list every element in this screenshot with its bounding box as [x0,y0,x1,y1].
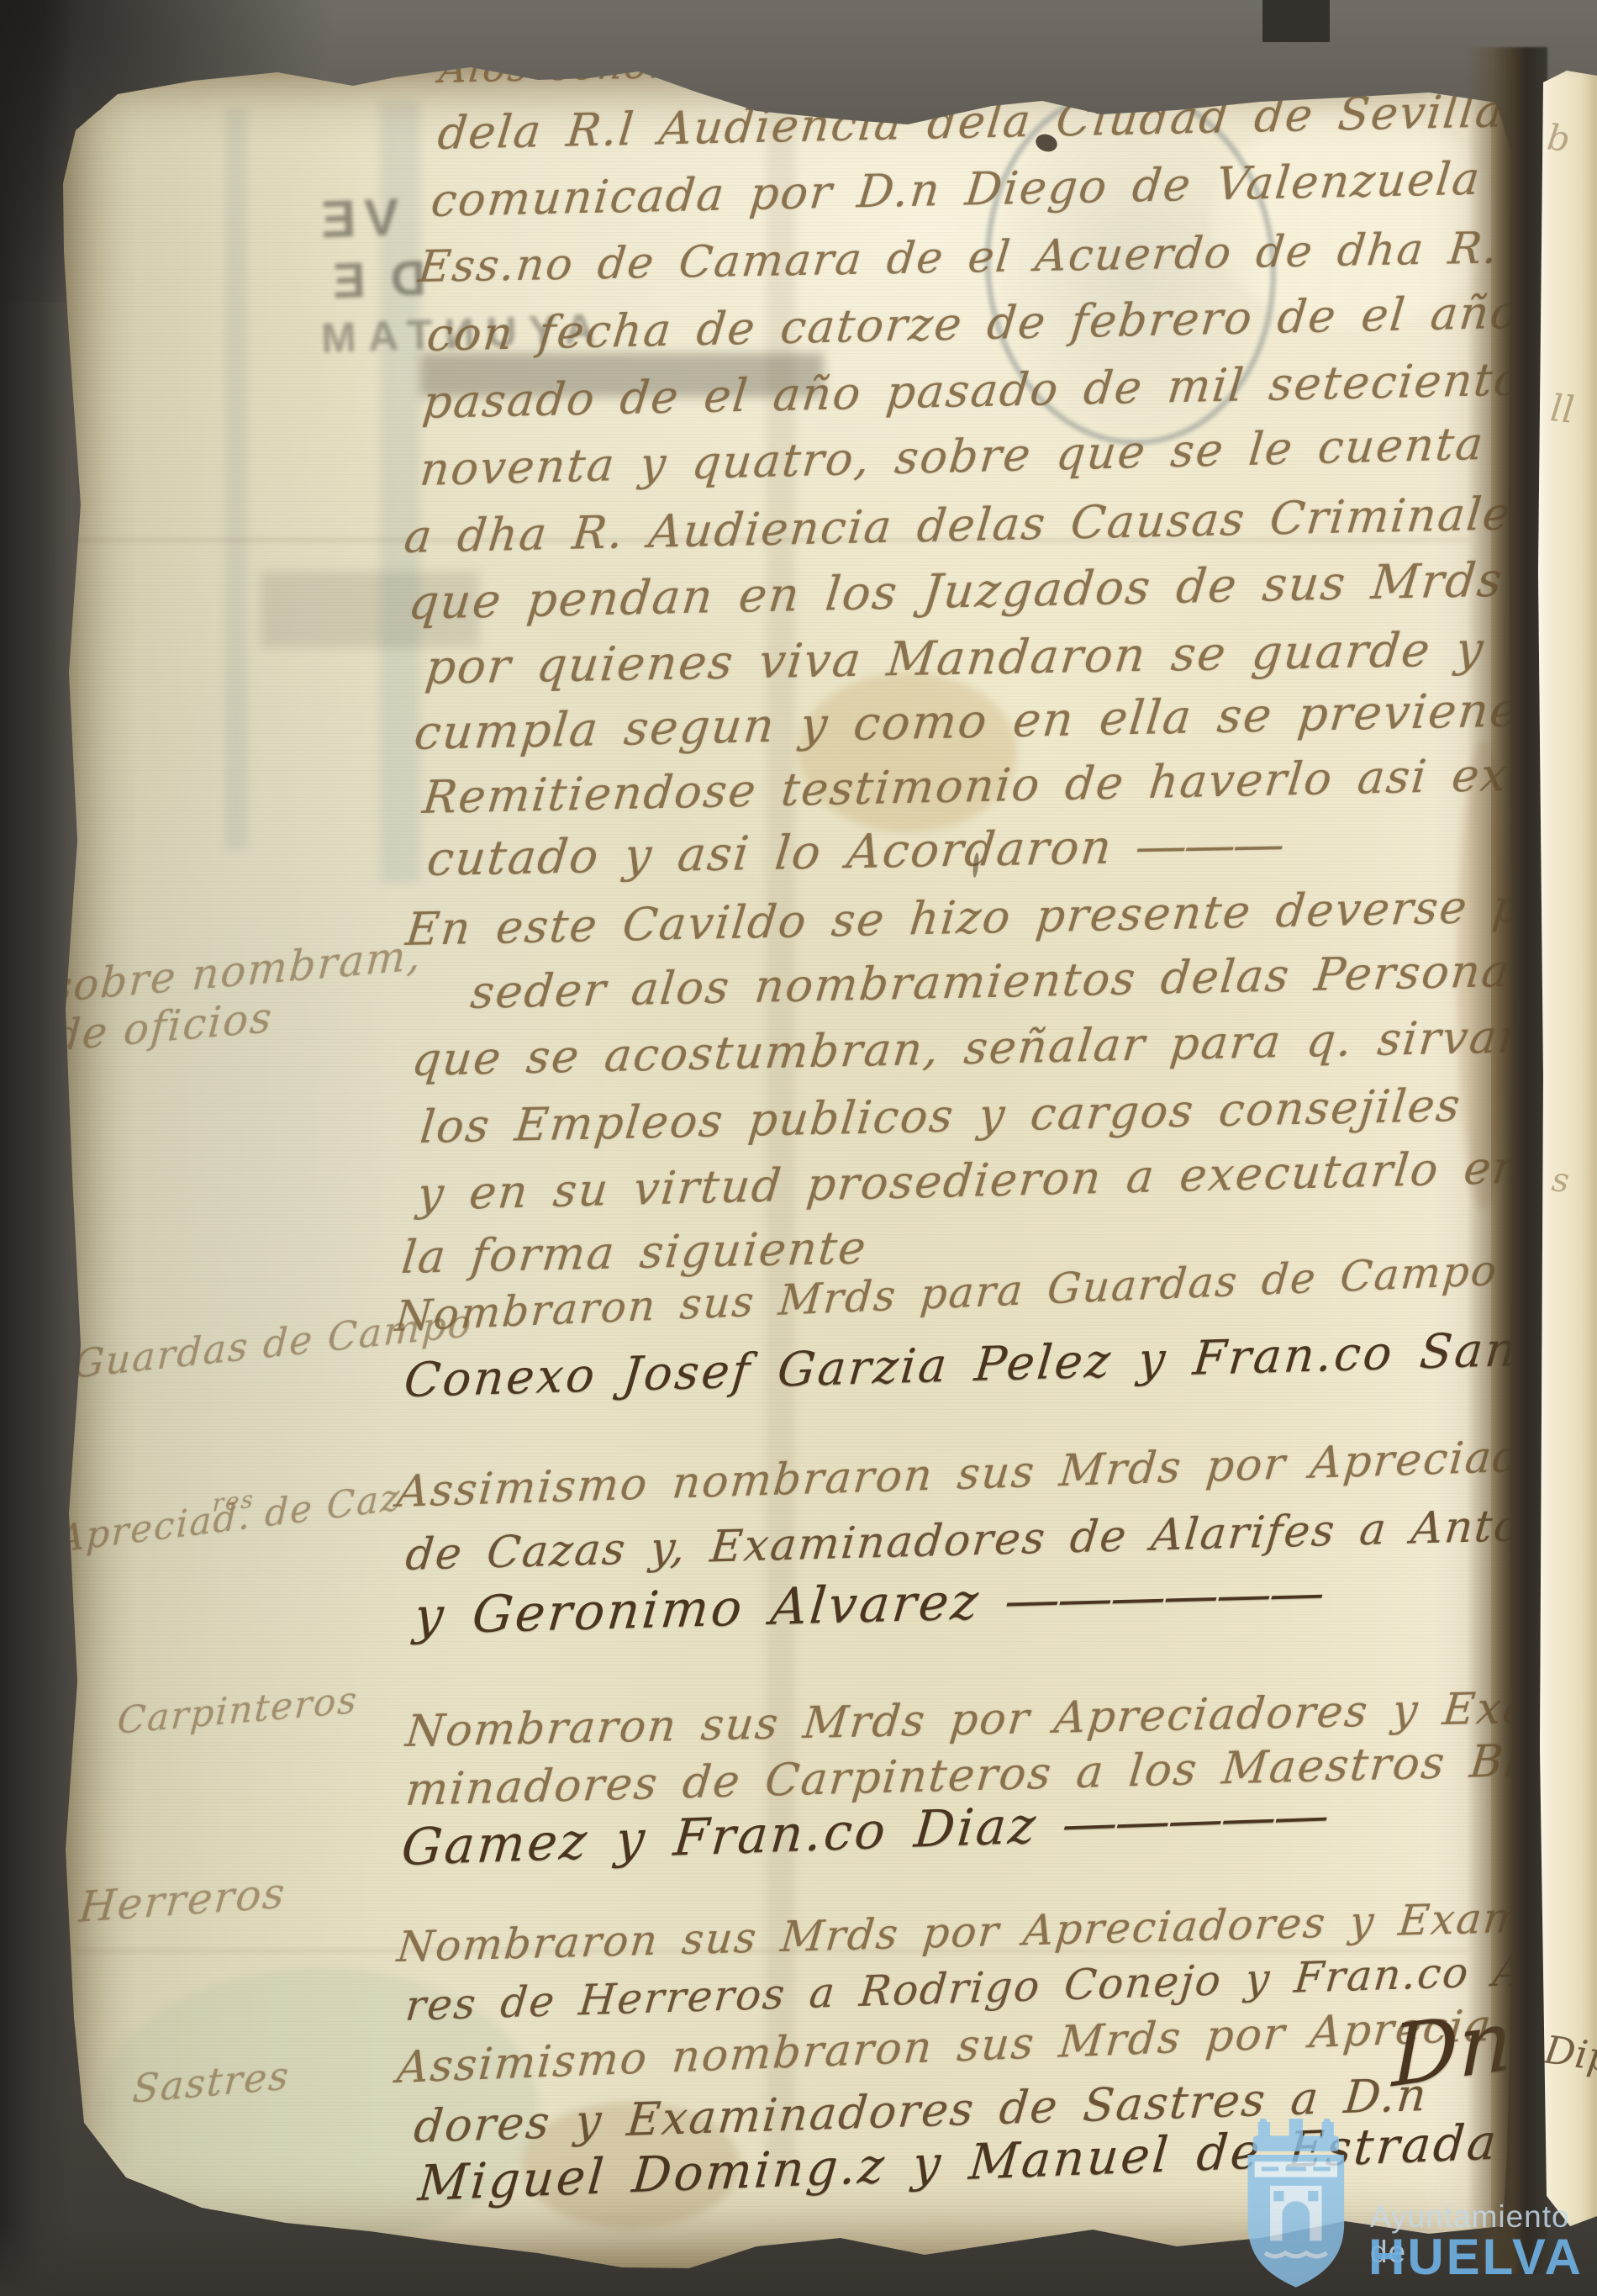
next-page-text-fragment: ll [1548,387,1576,432]
bleedthrough-stamp-text: DE [307,251,427,311]
next-page-text-fragment: b [1545,116,1573,160]
archival-scan: VE DE AYUNTAM sobre nombram, de oficios … [0,0,1597,2296]
scanner-bed-dark-notch [1262,0,1330,42]
next-page-text-fragment: s [1550,1160,1571,1201]
huelva-shield-icon [1234,2119,1372,2296]
next-page-edge: b ll s Dip [1536,67,1597,2230]
next-page-text-fragment: Dip [1542,2027,1597,2082]
watermark-city-label: HUELVA [1368,2228,1584,2286]
scanner-bed-left-shadow [0,0,72,2296]
manuscript-page: VE DE AYUNTAM sobre nombram, de oficios … [0,0,1597,2296]
binding-gutter-shadow [1467,47,1547,2273]
bleedthrough-stamp-text: VE [312,187,400,251]
